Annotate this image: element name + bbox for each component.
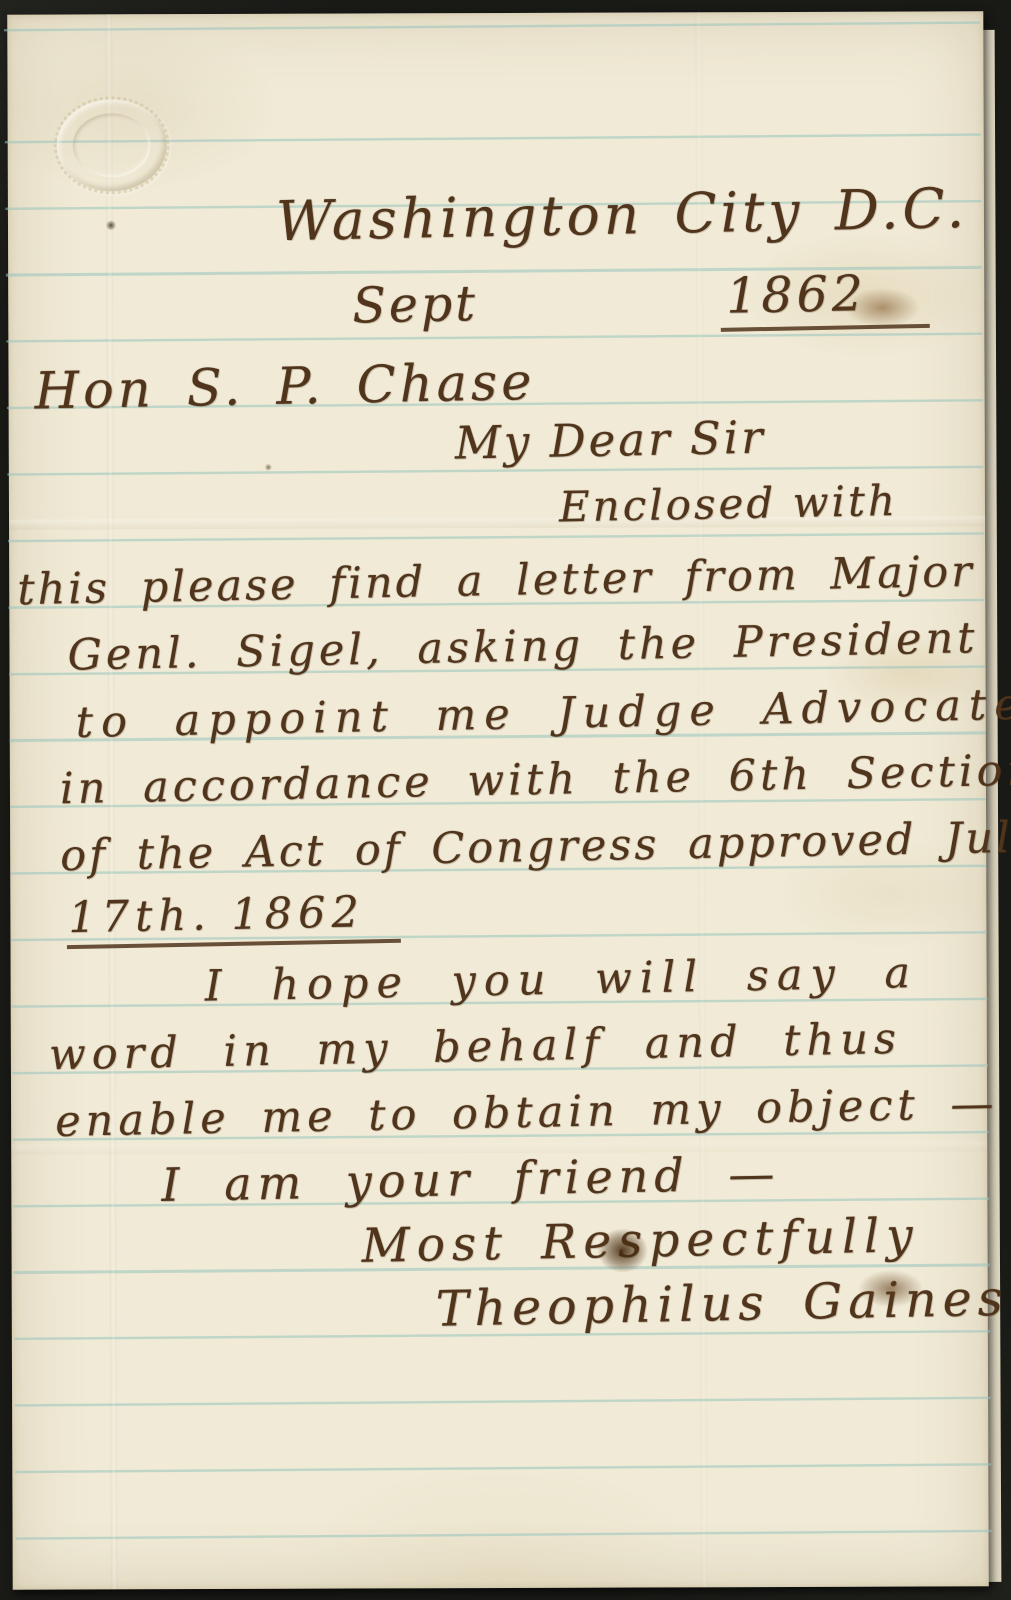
ink-blot xyxy=(597,1228,647,1272)
embossed-seal-inner-ring xyxy=(73,113,151,177)
letter-paper: Washington City D.C. Sept 1862 Hon S. P.… xyxy=(7,11,988,1589)
ink-smudge xyxy=(858,1270,924,1308)
signature: Theophilus Gaines xyxy=(435,1270,1009,1338)
embossed-seal-icon xyxy=(54,96,170,194)
heading-month: Sept xyxy=(352,275,479,334)
heading-place: Washington City D.C. xyxy=(275,176,968,253)
salutation: My Dear Sir xyxy=(454,411,766,470)
ink-smudge xyxy=(844,288,920,328)
paper-speck xyxy=(106,220,116,230)
paper-speck xyxy=(265,464,272,471)
opening-words: Enclosed with xyxy=(559,476,899,531)
scanned-letter-page: { "document": { "type": "handwritten let… xyxy=(0,0,1011,1600)
recipient-name: Hon S. P. Chase xyxy=(34,353,536,422)
body-line-date: 17th. 1862 xyxy=(66,887,401,949)
